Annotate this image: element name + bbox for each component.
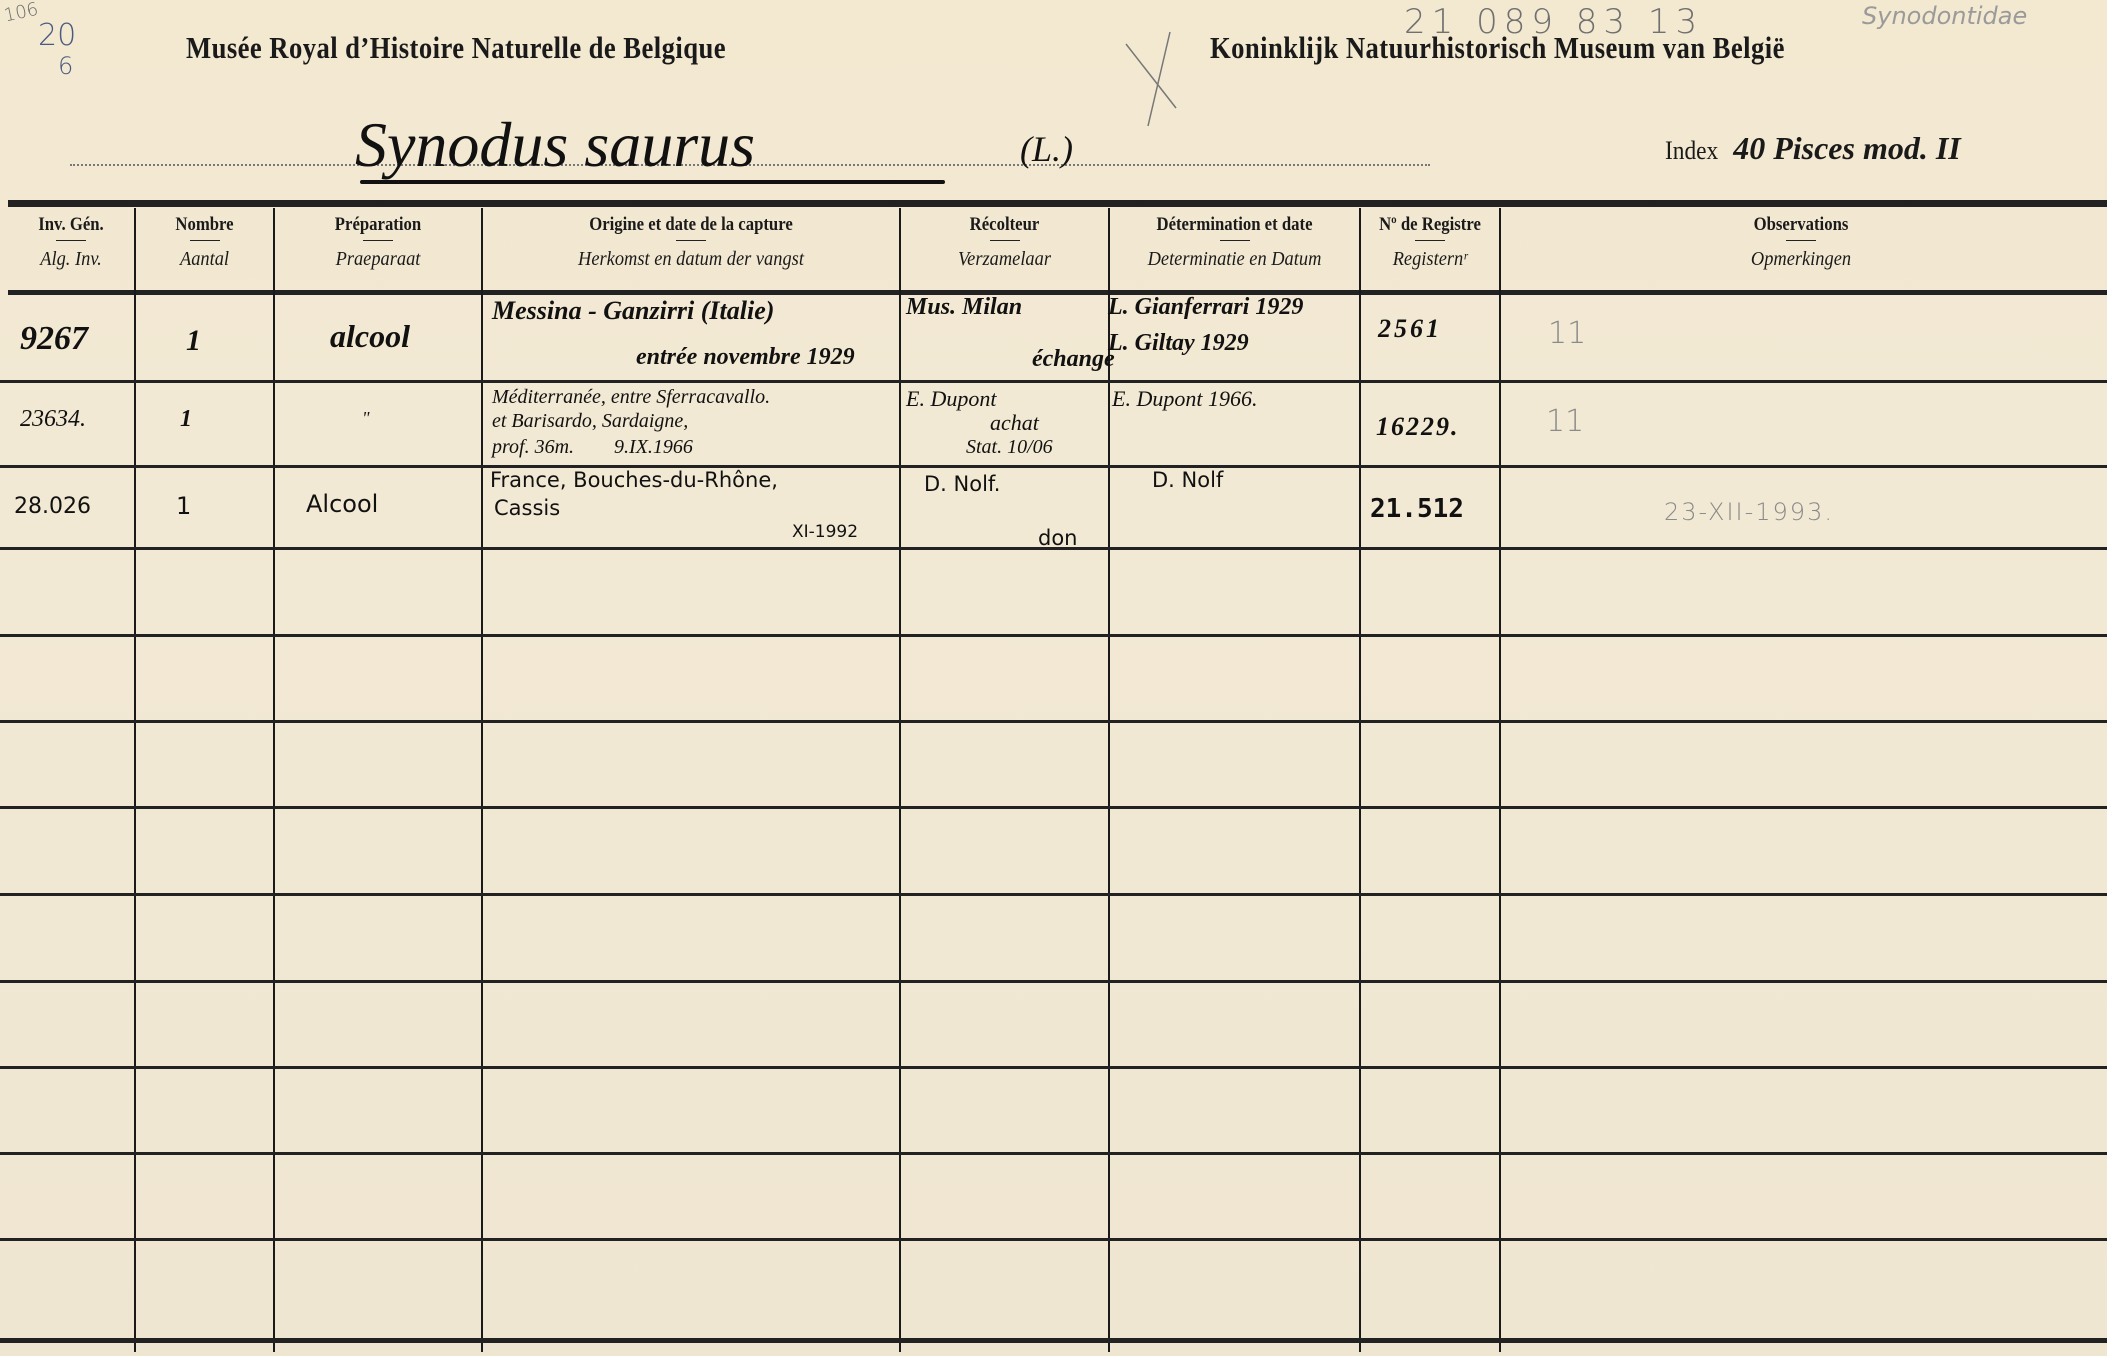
cell-preparation: alcool [330,318,410,355]
column-header-observations: Observations Opmerkingen [1501,214,2101,290]
header-dash [990,240,1020,241]
cell-nombre: 1 [186,324,201,358]
cell-observations: 23-XII-1993. [1664,498,1834,526]
cell-registre: 21.512 [1370,494,1464,524]
row-rule [0,634,2107,637]
cell-nombre: 1 [180,406,192,433]
pencil-note-top-left-small: 106 [2,0,40,26]
cell-registre: 16229. [1376,412,1460,442]
column-header-nl: Praeparaat [283,247,473,271]
column-header-nl: Alg. Inv. [13,247,129,271]
cell-registre: 2561 [1378,314,1442,344]
specimen-index-card: 106 20 6 21 089 83 13 Synodontidae Musée… [0,0,2107,1356]
index-block: Index 40 Pisces mod. II [1662,130,1961,167]
header-dash [363,240,393,241]
cell-recolteur-line3: Stat. 10/06 [966,436,1053,459]
species-author: (L.) [1020,128,1073,170]
row-rule [0,720,2107,723]
row-rule [0,893,2107,896]
cell-recolteur-line2: achat [990,410,1039,436]
header-dash [1786,240,1816,241]
column-header-fr: Inv. Gén. [16,214,127,236]
column-header-inv: Inv. Gén. Alg. Inv. [8,214,134,290]
cell-recolteur-line3: don [1038,526,1078,550]
cell-preparation: Alcool [306,490,378,518]
header-dash [56,240,86,241]
index-label: Index [1665,136,1718,166]
row-rule [0,465,2107,468]
museum-name-dutch: Koninklijk Natuurhistorisch Museum van B… [1210,30,1785,66]
cell-determination-line1: E. Dupont 1966. [1112,386,1257,412]
header-bottom-rule [8,290,2107,295]
species-name: Synodus saurus [355,108,755,182]
column-header-nl: Herkomst en datum der vangst [500,247,883,271]
column-header-preparation: Préparation Praeparaat [275,214,481,290]
cell-recolteur-line1: E. Dupont [906,386,996,412]
header-top-rule [8,200,2107,207]
column-header-fr: Préparation [287,214,468,236]
header-dash [676,240,706,241]
cell-observations: 11 [1546,404,1584,439]
column-header-recolteur: Récolteur Verzamelaar [901,214,1108,290]
cell-recolteur-line2: échange [1032,346,1115,373]
cell-origine-line3: prof. 36m. 9.IX.1966 [492,436,693,459]
column-header-fr: Origine et date de la capture [508,214,874,236]
column-header-origine: Origine et date de la capture Herkomst e… [483,214,899,290]
cell-origine-line2: et Barisardo, Sardaigne, [492,410,688,433]
cell-observations: 11 [1548,316,1586,351]
cell-determination-line2: L. Giltay 1929 [1108,330,1249,357]
cell-origine-line1: France, Bouches-du-Rhône, [490,468,778,492]
cell-inv: 9267 [20,320,88,358]
cell-recolteur-line1: Mus. Milan [906,294,1022,321]
row-rule [0,980,2107,983]
column-header-fr: Détermination et date [1125,214,1344,236]
index-value: 40 Pisces mod. II [1733,130,1961,166]
row-rule [0,1152,2107,1155]
cell-inv: 28.026 [14,494,91,519]
row-rule [0,380,2107,383]
column-header-nl: Registernʳ [1367,247,1494,271]
column-header-determination: Détermination et date Determinatie en Da… [1110,214,1359,290]
row-rule [0,1238,2107,1241]
column-header-nl: Opmerkingen [1525,247,2077,271]
cell-origine-line3: XI-1992 [792,522,858,542]
column-header-nl: Determinatie en Datum [1120,247,1349,271]
column-header-nl: Aantal [141,247,267,271]
column-header-fr: Récolteur [913,214,1095,236]
header-dash [190,240,220,241]
column-header-registre: Nº de Registre Registernʳ [1361,214,1499,290]
header-dash [1220,240,1250,241]
row-rule-bottom [0,1338,2107,1343]
cell-origine-line1: Méditerranée, entre Sferracavallo. [492,386,770,409]
column-header-fr: Nº de Registre [1369,214,1490,236]
cell-nombre: 1 [176,492,191,520]
pencil-note-top-left-number: 20 [38,18,76,53]
row-rule [0,1066,2107,1069]
cell-determination-line1: D. Nolf [1152,468,1223,492]
row-rule [0,806,2107,809]
column-header-fr: Observations [1537,214,2065,236]
column-header-fr: Nombre [144,214,265,236]
pencil-note-family: Synodontidae [1862,2,2027,30]
cross-mark-icon [1118,30,1198,130]
cell-determination-line1: L. Gianferrari 1929 [1108,294,1303,321]
cell-origine-line3: entrée novembre 1929 [636,344,855,371]
cell-preparation: " [362,408,370,429]
museum-name-french: Musée Royal d’Histoire Naturelle de Belg… [186,30,726,66]
column-header-nombre: Nombre Aantal [136,214,273,290]
cell-origine-line1: Messina - Ganzirri (Italie) [492,296,774,326]
header-dash [1415,240,1445,241]
pencil-note-top-left-sub: 6 [58,52,73,80]
cell-recolteur-line1: D. Nolf. [924,472,1000,496]
column-header-nl: Verzamelaar [909,247,1099,271]
cell-origine-line2: Cassis [494,496,560,520]
species-underline [360,180,945,184]
cell-inv: 23634. [20,406,86,433]
